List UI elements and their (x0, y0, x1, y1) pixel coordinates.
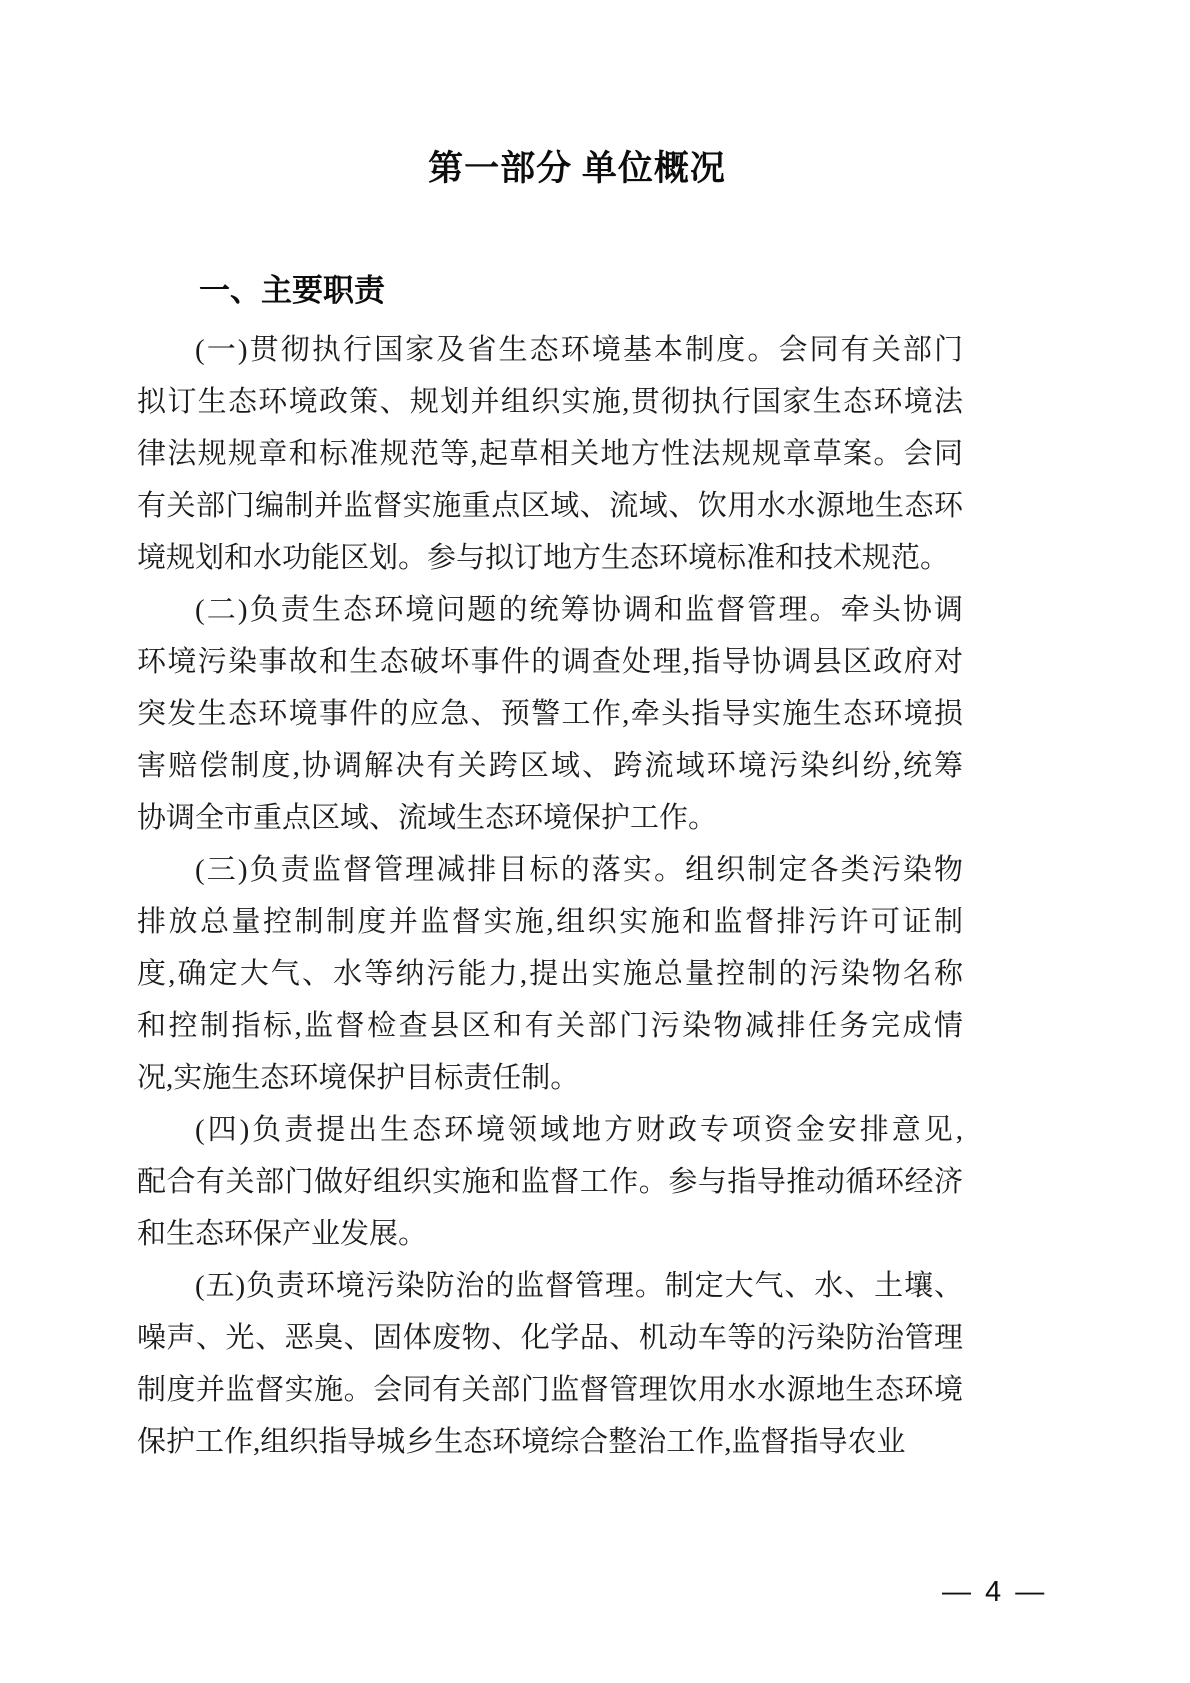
body-line: 律法规规章和标准规范等,起草相关地方性法规规章草案。会同 (137, 428, 963, 480)
page-number: — 4 — (942, 1574, 1044, 1610)
body-line: (二)负责生态环境问题的统筹协调和监督管理。牵头协调 (137, 584, 963, 636)
paragraph: (三)负责监督管理减排目标的落实。组织制定各类污染物排放总量控制制度并监督实施,… (137, 844, 963, 1104)
paragraph: (四)负责提出生态环境领域地方财政专项资金安排意见,配合有关部门做好组织实施和监… (137, 1104, 963, 1260)
body-line: 和控制指标,监督检查县区和有关部门污染物减排任务完成情 (137, 1000, 963, 1052)
paragraph: (二)负责生态环境问题的统筹协调和监督管理。牵头协调环境污染事故和生态破坏事件的… (137, 584, 963, 844)
body-line: 和生态环保产业发展。 (137, 1208, 963, 1260)
body-line: (一)贯彻执行国家及省生态环境基本制度。会同有关部门 (137, 324, 963, 376)
paragraph: (五)负责环境污染防治的监督管理。制定大气、水、土壤、噪声、光、恶臭、固体废物、… (137, 1260, 963, 1468)
body-line: 环境污染事故和生态破坏事件的调查处理,指导协调县区政府对 (137, 636, 963, 688)
body-line: (四)负责提出生态环境领域地方财政专项资金安排意见, (137, 1104, 963, 1156)
body-line: 协调全市重点区域、流域生态环境保护工作。 (137, 792, 963, 844)
body-line: 拟订生态环境政策、规划并组织实施,贯彻执行国家生态环境法 (137, 376, 963, 428)
body-line: (五)负责环境污染防治的监督管理。制定大气、水、土壤、 (137, 1260, 963, 1312)
body-line: 突发生态环境事件的应急、预警工作,牵头指导实施生态环境损 (137, 688, 963, 740)
body-line: 有关部门编制并监督实施重点区域、流域、饮用水水源地生态环 (137, 480, 963, 532)
body-line: 配合有关部门做好组织实施和监督工作。参与指导推动循环经济 (137, 1156, 963, 1208)
doc-title: 第一部分 单位概况 (0, 144, 1154, 194)
document-page: 第一部分 单位概况 一、主要职责 (一)贯彻执行国家及省生态环境基本制度。会同有… (0, 0, 1190, 1683)
body-paragraphs: (一)贯彻执行国家及省生态环境基本制度。会同有关部门拟订生态环境政策、规划并组织… (137, 324, 963, 1468)
body-line: (三)负责监督管理减排目标的落实。组织制定各类污染物 (137, 844, 963, 896)
section-heading: 一、主要职责 (137, 271, 963, 311)
body-line: 境规划和水功能区划。参与拟订地方生态环境标准和技术规范。 (137, 532, 963, 584)
body-line: 噪声、光、恶臭、固体废物、化学品、机动车等的污染防治管理 (137, 1312, 963, 1364)
body-line: 排放总量控制制度并监督实施,组织实施和监督排污许可证制 (137, 896, 963, 948)
body-line: 度,确定大气、水等纳污能力,提出实施总量控制的污染物名称 (137, 948, 963, 1000)
body-line: 保护工作,组织指导城乡生态环境综合整治工作,监督指导农业 (137, 1416, 963, 1468)
body-line: 况,实施生态环境保护目标责任制。 (137, 1052, 963, 1104)
paragraph: (一)贯彻执行国家及省生态环境基本制度。会同有关部门拟订生态环境政策、规划并组织… (137, 324, 963, 584)
body-line: 制度并监督实施。会同有关部门监督管理饮用水水源地生态环境 (137, 1364, 963, 1416)
body-line: 害赔偿制度,协调解决有关跨区域、跨流域环境污染纠纷,统筹 (137, 740, 963, 792)
